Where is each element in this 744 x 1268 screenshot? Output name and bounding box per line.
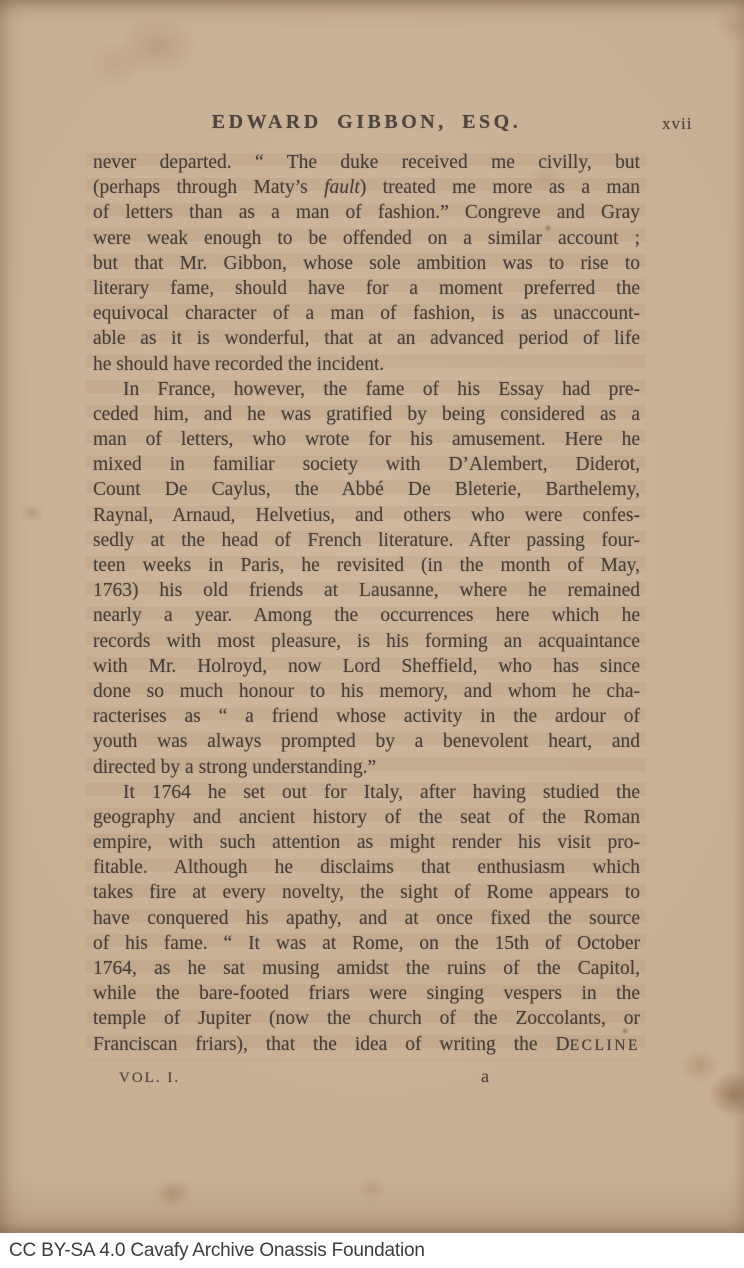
body-line: fitable. Although he disclaims that enth… <box>93 855 640 880</box>
body-line: temple of Jupiter (now the church of the… <box>93 1006 640 1031</box>
volume-label: VOL. I. <box>119 1070 180 1087</box>
body-line: takes fire at every novelty, the sight o… <box>93 880 640 905</box>
body-line: able as it is wonderful, that at an adva… <box>93 326 640 351</box>
body-line: but that Mr. Gibbon, whose sole ambition… <box>93 251 640 276</box>
body-line: geography and ancient history of the sea… <box>93 805 640 830</box>
body-line: 1763) his old friends at Lausanne, where… <box>93 578 640 603</box>
body-line: youth was always prompted by a benevolen… <box>93 729 640 754</box>
body-line: teen weeks in Paris, he revisited (in th… <box>93 553 640 578</box>
body-line: while the bare-footed friars were singin… <box>93 981 640 1006</box>
page-body-text: never departed. “ The duke received me c… <box>93 150 640 1057</box>
body-line: done so much honour to his memory, and w… <box>93 679 640 704</box>
body-line: of letters than as a man of fashion.” Co… <box>93 200 640 225</box>
body-line: (perhaps through Maty’s fault) treated m… <box>93 175 640 200</box>
book-page-scan: EDWARD GIBBON, ESQ. xvii never departed.… <box>0 0 744 1233</box>
body-line: racterises as “ a friend whose activity … <box>93 704 640 729</box>
signature-mark: a <box>481 1066 489 1087</box>
body-line: It 1764 he set out for Italy, after havi… <box>93 780 640 805</box>
body-line: Raynal, Arnaud, Helvetius, and others wh… <box>93 503 640 528</box>
body-line: In France, however, the fame of his Essa… <box>93 377 640 402</box>
body-line: directed by a strong understanding.” <box>93 755 640 780</box>
body-line: Franciscan friars), that the idea of wri… <box>93 1032 640 1057</box>
body-line: of his fame. “ It was at Rome, on the 15… <box>93 931 640 956</box>
body-line: were weak enough to be offended on a sim… <box>93 226 640 251</box>
body-line: literary fame, should have for a moment … <box>93 276 640 301</box>
body-line: he should have recorded the incident. <box>93 352 640 377</box>
running-header-title: EDWARD GIBBON, ESQ. <box>93 112 640 132</box>
body-line: nearly a year. Among the occurrences her… <box>93 603 640 628</box>
page-number: xvii <box>662 115 692 132</box>
body-line: have conquered his apathy, and at once f… <box>93 906 640 931</box>
body-line: mixed in familiar society with D’Alember… <box>93 452 640 477</box>
body-line: equivocal character of a man of fashion,… <box>93 301 640 326</box>
body-line: man of letters, who wrote for his amusem… <box>93 427 640 452</box>
license-caption-text: CC BY-SA 4.0 Cavafy Archive Onassis Foun… <box>0 1240 425 1262</box>
body-line: records with most pleasure, is his formi… <box>93 629 640 654</box>
body-line: ceded him, and he was gratified by being… <box>93 402 640 427</box>
body-line: sedly at the head of French literature. … <box>93 528 640 553</box>
body-line: never departed. “ The duke received me c… <box>93 150 640 175</box>
body-line: empire, with such attention as might ren… <box>93 830 640 855</box>
body-line: Count De Caylus, the Abbé De Bleterie, B… <box>93 477 640 502</box>
body-line: with Mr. Holroyd, now Lord Sheffield, wh… <box>93 654 640 679</box>
body-line: 1764, as he sat musing amidst the ruins … <box>93 956 640 981</box>
license-caption-bar: CC BY-SA 4.0 Cavafy Archive Onassis Foun… <box>0 1233 744 1268</box>
